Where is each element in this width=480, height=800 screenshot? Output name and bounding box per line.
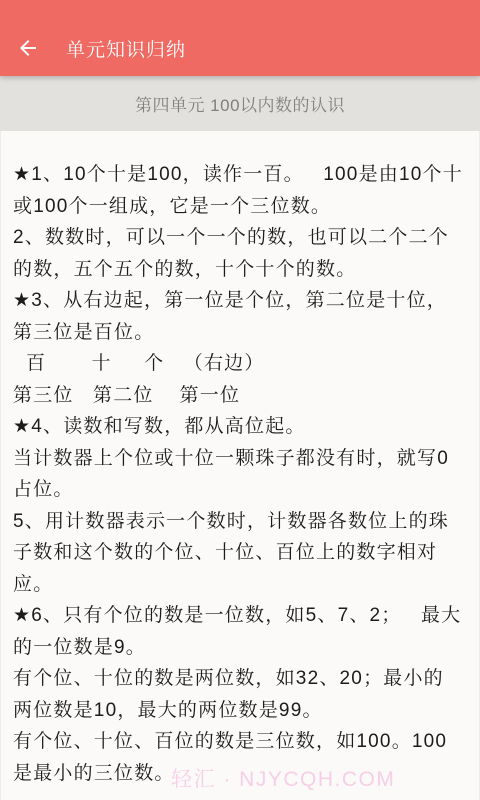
back-button[interactable] [4, 24, 52, 72]
text-line: 第三位 第二位 第一位 [13, 380, 468, 412]
text-line: ★4、读数和写数，都从高位起。 [13, 411, 468, 443]
text-line: 当计数器上个位或十位一颗珠子都没有时，就写0 [13, 443, 468, 475]
text-line: ★6、只有个位的数是一位数，如5、7、2； 最大 [13, 600, 468, 632]
app-bar-row: 单元知识归纳 [0, 20, 480, 76]
text-line: ★3、从右边起，第一位是个位，第二位是十位， [13, 285, 468, 317]
text-line: 两位数是10，最大的两位数是99。 [13, 695, 468, 727]
text-line: 的一位数是9。 [13, 632, 468, 664]
text-line: 子数和这个数的个位、十位、百位上的数字相对 [13, 537, 468, 569]
app-bar: 单元知识归纳 [0, 0, 480, 76]
text-line: 有个位、十位、百位的数是三位数，如100。100 [13, 726, 468, 758]
text-line: 应。 [13, 569, 468, 601]
text-line: 有个位、十位的数是两位数，如32、20；最小的 [13, 663, 468, 695]
text-line: 是最小的三位数。 [13, 758, 468, 790]
unit-subheader-text: 第四单元 100以内数的认识 [135, 91, 345, 116]
text-line: 2、数数时，可以一个一个的数，也可以二个二个 [13, 222, 468, 254]
text-line: ★1、10个十是100，读作一百。 100是由10个十 [13, 159, 468, 191]
knowledge-notes: ★1、10个十是100，读作一百。 100是由10个十或100个一组成，它是一个… [13, 159, 468, 789]
text-line: 5、用计数器表示一个数时，计数器各数位上的珠 [13, 506, 468, 538]
screen: 单元知识归纳 第四单元 100以内数的认识 轻汇 · NJYCQH.COM ★1… [0, 0, 480, 800]
unit-subheader: 第四单元 100以内数的认识 [0, 76, 480, 131]
text-line: 或100个一组成，它是一个三位数。 [13, 191, 468, 223]
text-line: 占位。 [13, 474, 468, 506]
text-line: 百 十 个 （右边） [13, 348, 468, 380]
back-arrow-icon [16, 36, 40, 60]
text-line: 的数，五个五个的数，十个十个的数。 [13, 254, 468, 286]
page-title: 单元知识归纳 [66, 35, 186, 62]
text-line: 第三位是百位。 [13, 317, 468, 349]
content-scroll-area[interactable]: 轻汇 · NJYCQH.COM ★1、10个十是100，读作一百。 100是由1… [0, 131, 480, 800]
